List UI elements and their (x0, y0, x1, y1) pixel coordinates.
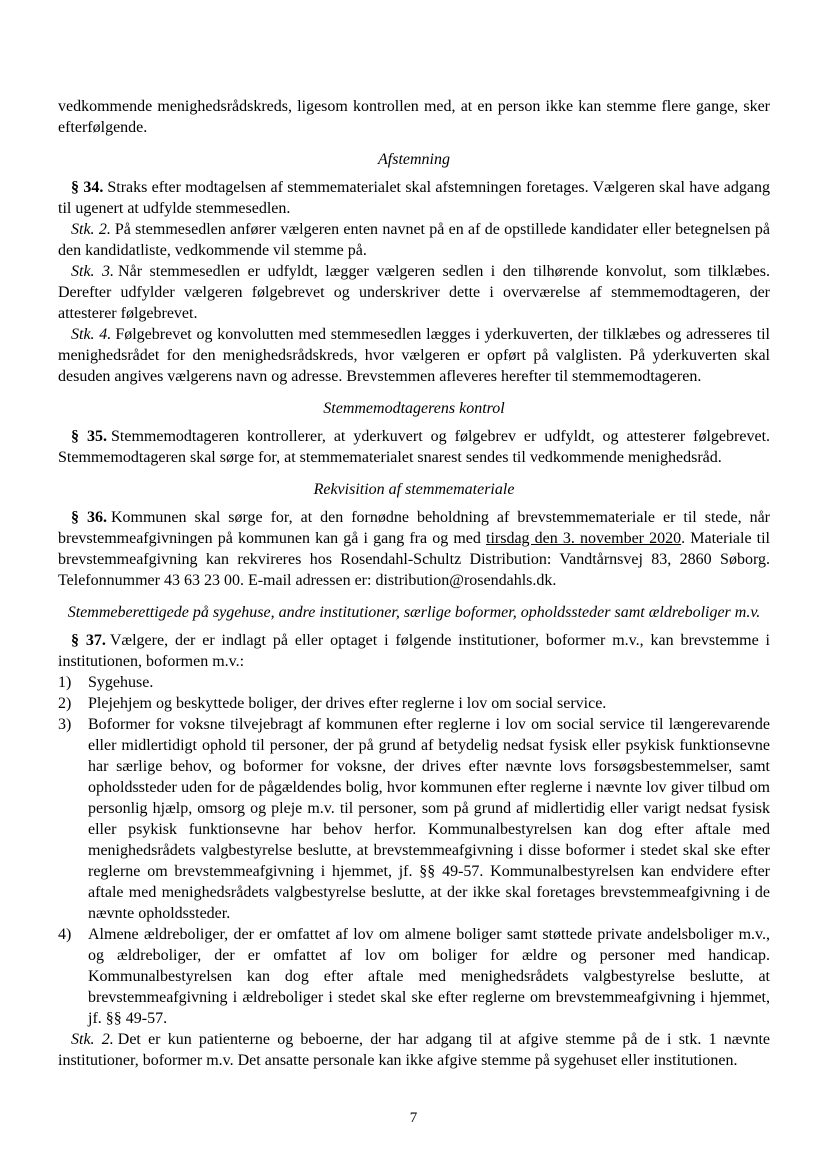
list-item: 3)Boformer for voksne tilvejebragt af ko… (58, 714, 770, 924)
list-item-number: 3) (58, 714, 71, 735)
stk-label-s34-stk4: Stk. 4. (71, 326, 111, 343)
list-item-text: Boformer for voksne tilvejebragt af komm… (88, 716, 770, 922)
list-item-text: Plejehjem og beskyttede boliger, der dri… (88, 695, 606, 712)
section-heading-afstemning: Afstemning (58, 149, 770, 170)
paragraph-s35-text: Stemmemodtageren kontrollerer, at yderku… (58, 428, 770, 466)
list-item-text: Sygehuse. (88, 674, 153, 691)
stk-label-s34-stk2: Stk. 2. (71, 221, 111, 238)
statute-label-s36: § 36. (71, 509, 107, 526)
list-item-text: Almene ældreboliger, der er omfattet af … (88, 926, 770, 1027)
paragraph-s36: § 36.Kommunen skal sørge for, at den for… (58, 507, 770, 591)
list-item: 1)Sygehuse. (58, 672, 770, 693)
statute-label-s35: § 35. (71, 428, 107, 445)
paragraph-continuation: vedkommende menighedsrådskreds, ligesom … (58, 96, 770, 138)
paragraph-s35: § 35.Stemmemodtageren kontrollerer, at y… (58, 426, 770, 468)
paragraph-s37-stk2: Stk. 2.Det er kun patienterne og beboern… (58, 1029, 770, 1071)
list-item-number: 1) (58, 672, 71, 693)
list-item: 4)Almene ældreboliger, der er omfattet a… (58, 924, 770, 1029)
list-item-number: 2) (58, 693, 71, 714)
document-page: vedkommende menighedsrådskreds, ligesom … (0, 0, 827, 1169)
list-item: 2)Plejehjem og beskyttede boliger, der d… (58, 693, 770, 714)
section-heading-kontrol: Stemmemodtagerens kontrol (58, 398, 770, 419)
paragraph-s34-stk4-text: Følgebrevet og konvolutten med stemmesed… (58, 326, 770, 385)
paragraph-s34-stk2-text: På stemmesedlen anfører vælgeren enten n… (58, 221, 770, 259)
paragraph-s34-stk3: Stk. 3.Når stemmesedlen er udfyldt, lægg… (58, 261, 770, 324)
statute-label-s34: § 34. (71, 179, 103, 196)
paragraph-s34-stk3-text: Når stemmesedlen er udfyldt, lægger vælg… (58, 263, 770, 322)
section-heading-rekvisition: Rekvisition af stemmemateriale (58, 479, 770, 500)
document-text-block: vedkommende menighedsrådskreds, ligesom … (58, 96, 770, 1071)
paragraph-s37-stk2-text: Det er kun patienterne og beboerne, der … (58, 1031, 770, 1069)
paragraph-s37: § 37.Vælgere, der er indlagt på eller op… (58, 630, 770, 672)
institution-numbered-list: 1)Sygehuse. 2)Plejehjem og beskyttede bo… (58, 672, 770, 1029)
page-number: 7 (0, 1108, 827, 1129)
stk-label-s34-stk3: Stk. 3. (71, 263, 114, 280)
list-item-number: 4) (58, 924, 71, 945)
statute-label-s37: § 37. (71, 632, 106, 649)
stk-label-s37-stk2: Stk. 2. (71, 1031, 114, 1048)
paragraph-s34-stk2: Stk. 2.På stemmesedlen anfører vælgeren … (58, 219, 770, 261)
paragraph-s37-text: Vælgere, der er indlagt på eller optaget… (58, 632, 770, 670)
paragraph-s34-text: Straks efter modtagelsen af stemmemateri… (58, 179, 770, 217)
paragraph-s34-stk4: Stk. 4.Følgebrevet og konvolutten med st… (58, 324, 770, 387)
section-heading-institutioner: Stemmeberettigede på sygehuse, andre ins… (58, 602, 770, 623)
deadline-date-underlined: tirsdag den 3. november 2020 (486, 530, 681, 547)
paragraph-s34: § 34.Straks efter modtagelsen af stemmem… (58, 177, 770, 219)
